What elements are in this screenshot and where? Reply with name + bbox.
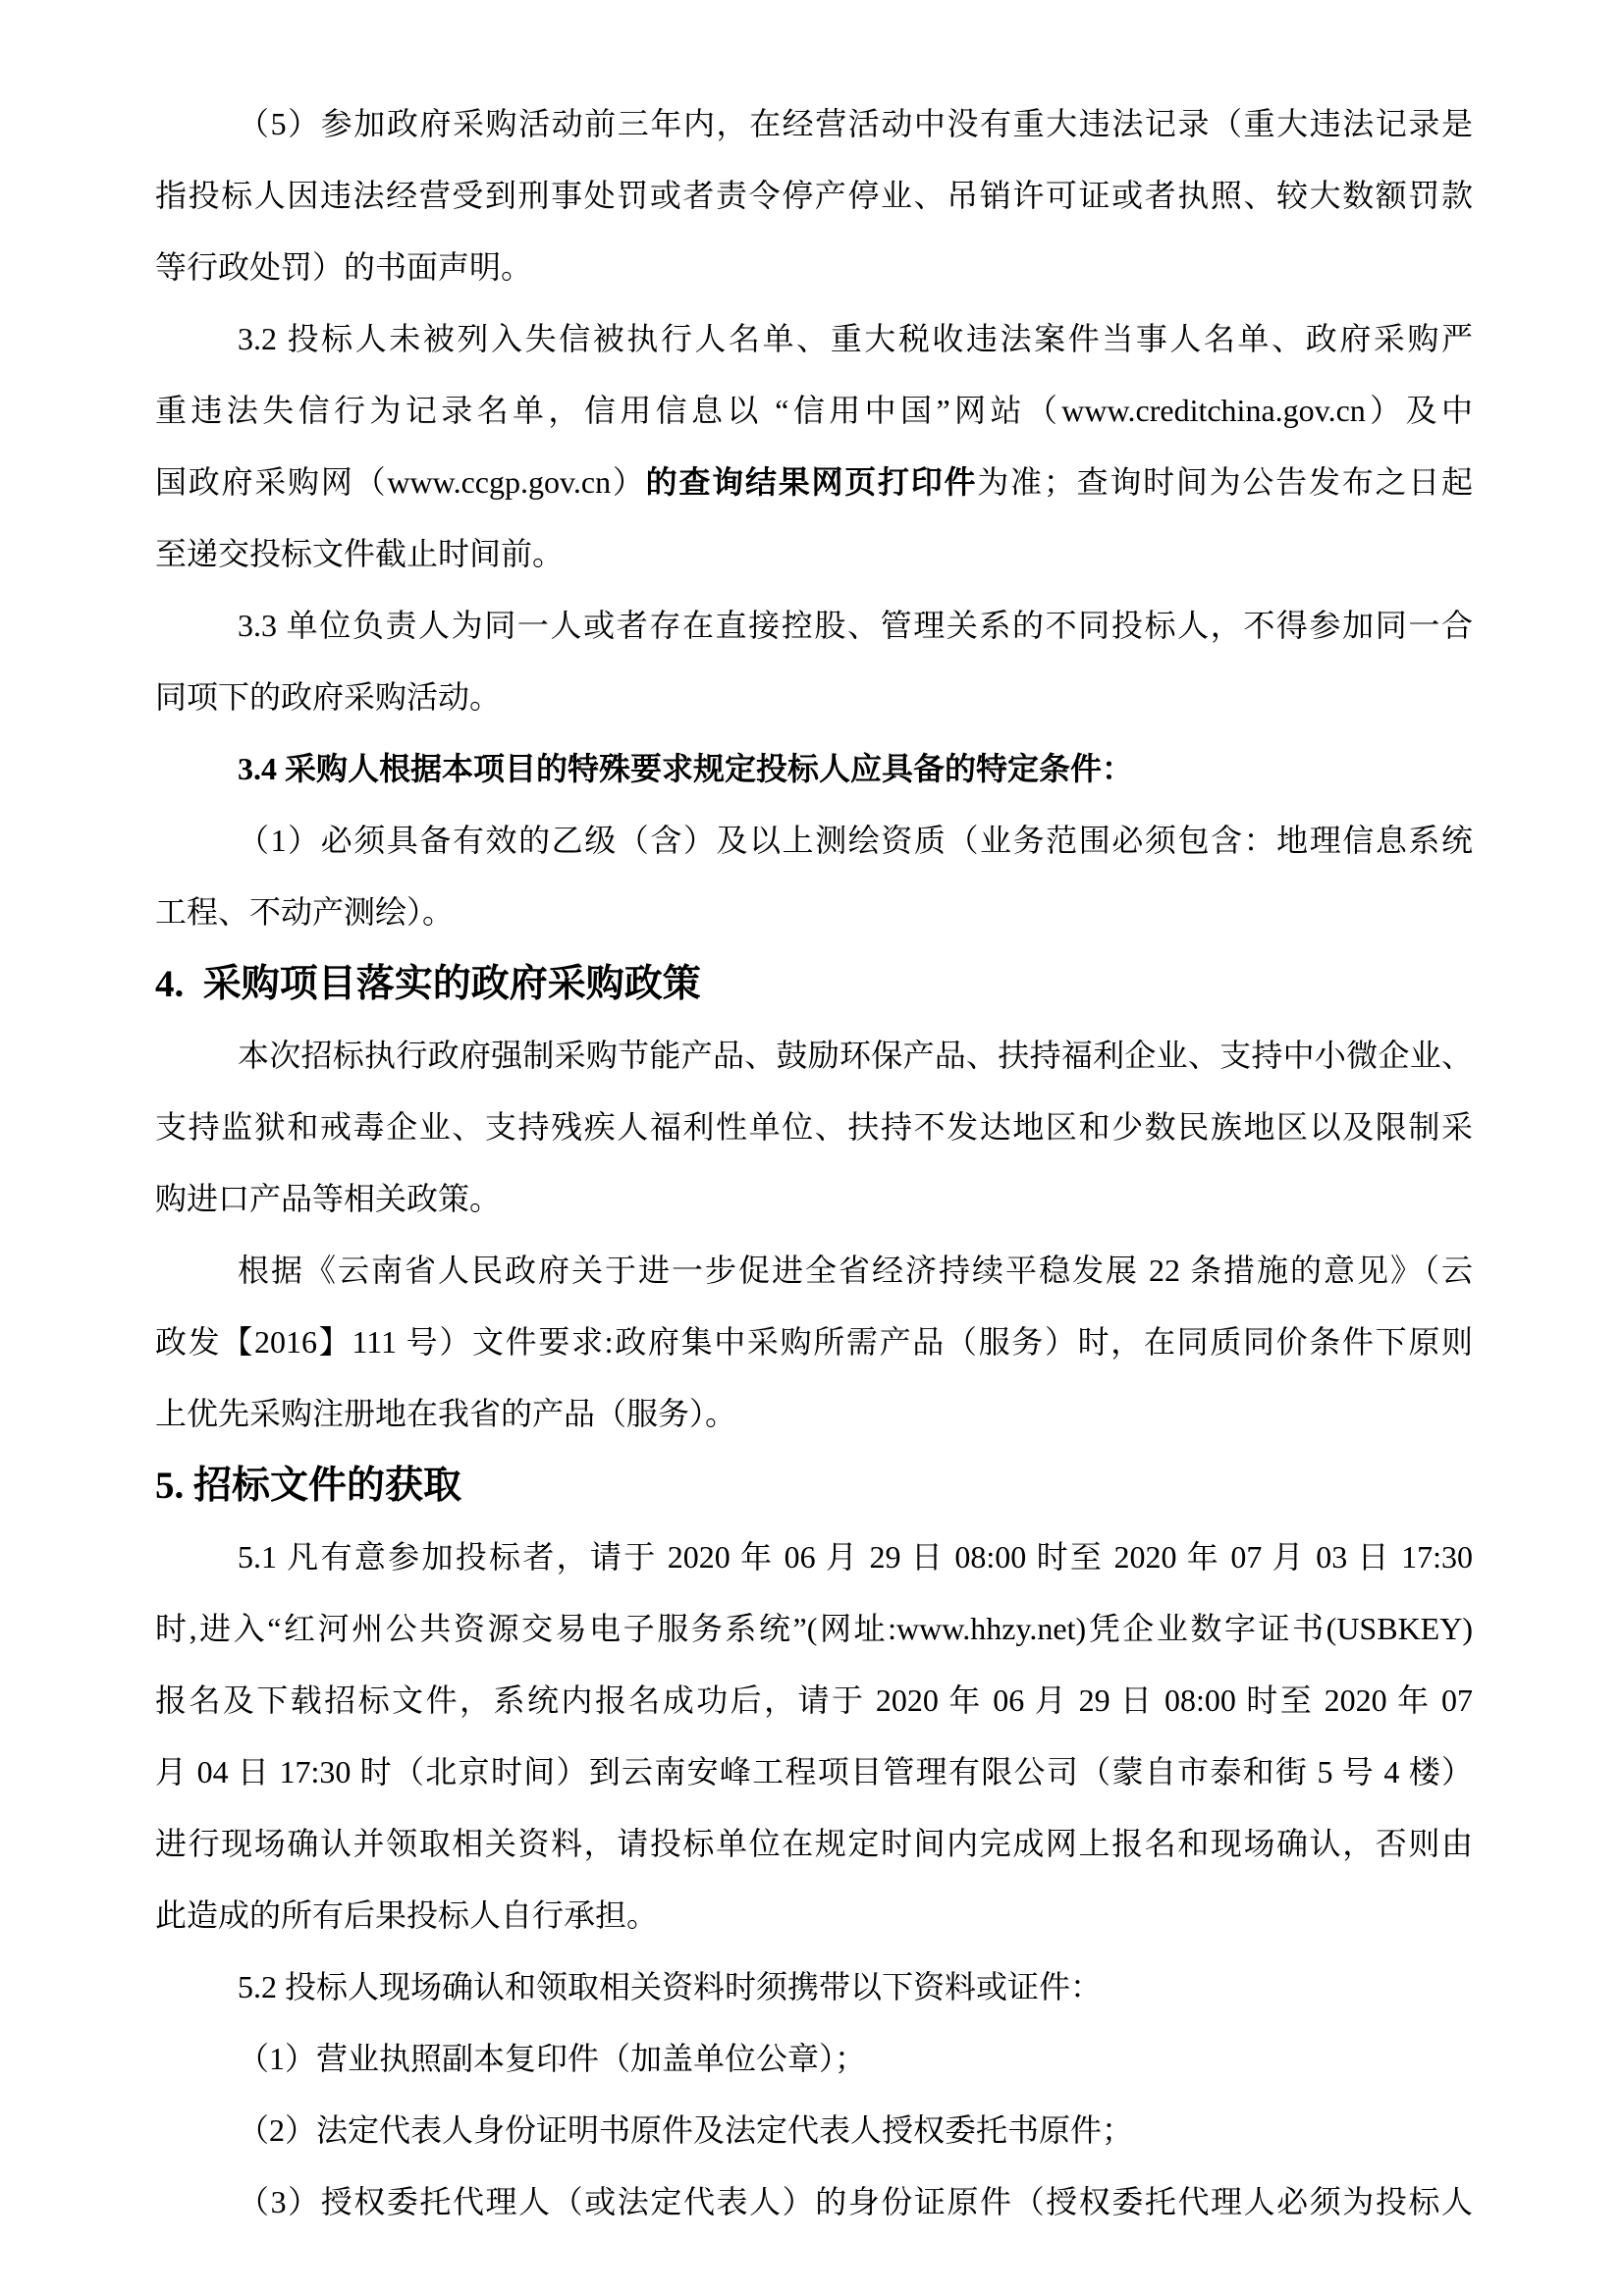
- section-5-heading: 5. 招标文件的获取: [155, 1450, 1473, 1522]
- text-line: 指投标人因违法经营受到刑事处罚或者责令停产停业、吊销许可证或者执照、较大数额罚款: [155, 160, 1473, 232]
- text-run: 同项下的政府采购活动。: [155, 679, 501, 715]
- text-run: 的查询结果网页打印件: [646, 464, 978, 500]
- section-4-heading: 4. 采购项目落实的政府采购政策: [155, 948, 1473, 1020]
- text-line: 3.4 采购人根据本项目的特殊要求规定投标人应具备的特定条件：: [155, 733, 1473, 805]
- text-line: 进行现场确认并领取相关资料，请投标单位在规定时间内完成网上报名和现场确认，否则由: [155, 1808, 1473, 1880]
- text-line: （2）法定代表人身份证明书原件及法定代表人授权委托书原件；: [155, 2095, 1473, 2166]
- text-run: 国政府采购网（www.ccgp.gov.cn）: [155, 464, 646, 500]
- text-line: 报名及下载招标文件，系统内报名成功后，请于 2020 年 06 月 29 日 0…: [155, 1665, 1473, 1736]
- text-line: 政发【2016】111 号）文件要求:政府集中采购所需产品（服务）时，在同质同价…: [155, 1307, 1473, 1378]
- text-run: 3.4 采购人根据本项目的特殊要求规定投标人应具备的特定条件：: [238, 751, 1133, 786]
- text-run: 工程、不动产测绘）。: [155, 894, 454, 930]
- text-run: 重违法失信行为记录名单，信用信息以 “信用中国”网站（www.creditchi…: [155, 393, 1473, 428]
- text-run: 时,进入“红河州公共资源交易电子服务系统”(网址:www.hhzy.net)凭企…: [155, 1611, 1473, 1646]
- text-run: （5）参加政府采购活动前三年内，在经营活动中没有重大违法记录（重大违法记录是: [238, 106, 1473, 141]
- text-line: 同项下的政府采购活动。: [155, 662, 1473, 733]
- text-line: 工程、不动产测绘）。: [155, 877, 1473, 948]
- text-run: 报名及下载招标文件，系统内报名成功后，请于 2020 年 06 月 29 日 0…: [155, 1682, 1473, 1718]
- text-run: 进行现场确认并领取相关资料，请投标单位在规定时间内完成网上报名和现场确认，否则由: [155, 1826, 1473, 1861]
- text-line: 上优先采购注册地在我省的产品（服务）。: [155, 1378, 1473, 1450]
- text-line: 本次招标执行政府强制采购节能产品、鼓励环保产品、扶持福利企业、支持中小微企业、: [155, 1020, 1473, 1092]
- text-run: 为准；查询时间为公告发布之日起: [977, 464, 1473, 500]
- text-line: 国政府采购网（www.ccgp.gov.cn）的查询结果网页打印件为准；查询时间…: [155, 447, 1473, 518]
- text-run: （1）营业执照副本复印件（加盖单位公章）；: [238, 2041, 866, 2076]
- text-line: （5）参加政府采购活动前三年内，在经营活动中没有重大违法记录（重大违法记录是: [155, 88, 1473, 160]
- text-line: 3.3 单位负责人为同一人或者存在直接控股、管理关系的不同投标人，不得参加同一合: [155, 590, 1473, 662]
- text-line: 月 04 日 17:30 时（北京时间）到云南安峰工程项目管理有限公司（蒙自市泰…: [155, 1736, 1473, 1808]
- text-run: 此造成的所有后果投标人自行承担。: [155, 1897, 658, 1933]
- text-run: 5. 招标文件的获取: [155, 1465, 461, 1507]
- text-line: 等行政处罚）的书面声明。: [155, 232, 1473, 303]
- text-run: 政发【2016】111 号）文件要求:政府集中采购所需产品（服务）时，在同质同价…: [155, 1324, 1473, 1360]
- text-line: 支持监狱和戒毒企业、支持残疾人福利性单位、扶持不发达地区和少数民族地区以及限制采: [155, 1092, 1473, 1163]
- text-run: 本次招标执行政府强制采购节能产品、鼓励环保产品、扶持福利企业、支持中小微企业、: [238, 1038, 1473, 1073]
- text-run: 4. 采购项目落实的政府采购政策: [155, 963, 701, 1005]
- text-run: 上优先采购注册地在我省的产品（服务）。: [155, 1396, 736, 1431]
- text-run: 根据《云南省人民政府关于进一步促进全省经济持续平稳发展 22 条措施的意见》（云: [238, 1253, 1473, 1288]
- text-run: 等行政处罚）的书面声明。: [155, 249, 532, 285]
- text-line: 根据《云南省人民政府关于进一步促进全省经济持续平稳发展 22 条措施的意见》（云: [155, 1235, 1473, 1307]
- text-line: 时,进入“红河州公共资源交易电子服务系统”(网址:www.hhzy.net)凭企…: [155, 1593, 1473, 1665]
- text-line: 购进口产品等相关政策。: [155, 1163, 1473, 1235]
- text-line: 5.2 投标人现场确认和领取相关资料时须携带以下资料或证件：: [155, 1951, 1473, 2023]
- text-run: （2）法定代表人身份证明书原件及法定代表人授权委托书原件；: [238, 2112, 1133, 2148]
- text-line: 至递交投标文件截止时间前。: [155, 518, 1473, 590]
- text-run: 指投标人因违法经营受到刑事处罚或者责令停产停业、吊销许可证或者执照、较大数额罚款: [155, 178, 1473, 213]
- document-page: （5）参加政府采购活动前三年内，在经营活动中没有重大违法记录（重大违法记录是指投…: [0, 0, 1624, 2296]
- text-run: 支持监狱和戒毒企业、支持残疾人福利性单位、扶持不发达地区和少数民族地区以及限制采: [155, 1109, 1473, 1145]
- text-run: 月 04 日 17:30 时（北京时间）到云南安峰工程项目管理有限公司（蒙自市泰…: [155, 1754, 1473, 1789]
- text-run: 3.2 投标人未被列入失信被执行人名单、重大税收违法案件当事人名单、政府采购严: [238, 321, 1473, 356]
- text-line: （1）营业执照副本复印件（加盖单位公章）；: [155, 2023, 1473, 2095]
- text-run: 购进口产品等相关政策。: [155, 1181, 501, 1216]
- text-run: 5.2 投标人现场确认和领取相关资料时须携带以下资料或证件：: [238, 1969, 1102, 2004]
- text-run: 3.3 单位负责人为同一人或者存在直接控股、管理关系的不同投标人，不得参加同一合: [238, 608, 1473, 643]
- text-run: 5.1 凡有意参加投标者，请于 2020 年 06 月 29 日 08:00 时…: [238, 1539, 1473, 1575]
- text-line: （3）授权委托代理人（或法定代表人）的身份证原件（授权委托代理人必须为投标人: [155, 2166, 1473, 2238]
- text-line: 此造成的所有后果投标人自行承担。: [155, 1880, 1473, 1951]
- text-run: （3）授权委托代理人（或法定代表人）的身份证原件（授权委托代理人必须为投标人: [238, 2184, 1473, 2219]
- text-line: 3.2 投标人未被列入失信被执行人名单、重大税收违法案件当事人名单、政府采购严: [155, 303, 1473, 375]
- text-line: （1）必须具备有效的乙级（含）及以上测绘资质（业务范围必须包含：地理信息系统: [155, 805, 1473, 877]
- text-line: 5.1 凡有意参加投标者，请于 2020 年 06 月 29 日 08:00 时…: [155, 1522, 1473, 1593]
- text-run: （1）必须具备有效的乙级（含）及以上测绘资质（业务范围必须包含：地理信息系统: [238, 823, 1473, 858]
- text-line: 重违法失信行为记录名单，信用信息以 “信用中国”网站（www.creditchi…: [155, 375, 1473, 447]
- text-run: 至递交投标文件截止时间前。: [155, 536, 564, 571]
